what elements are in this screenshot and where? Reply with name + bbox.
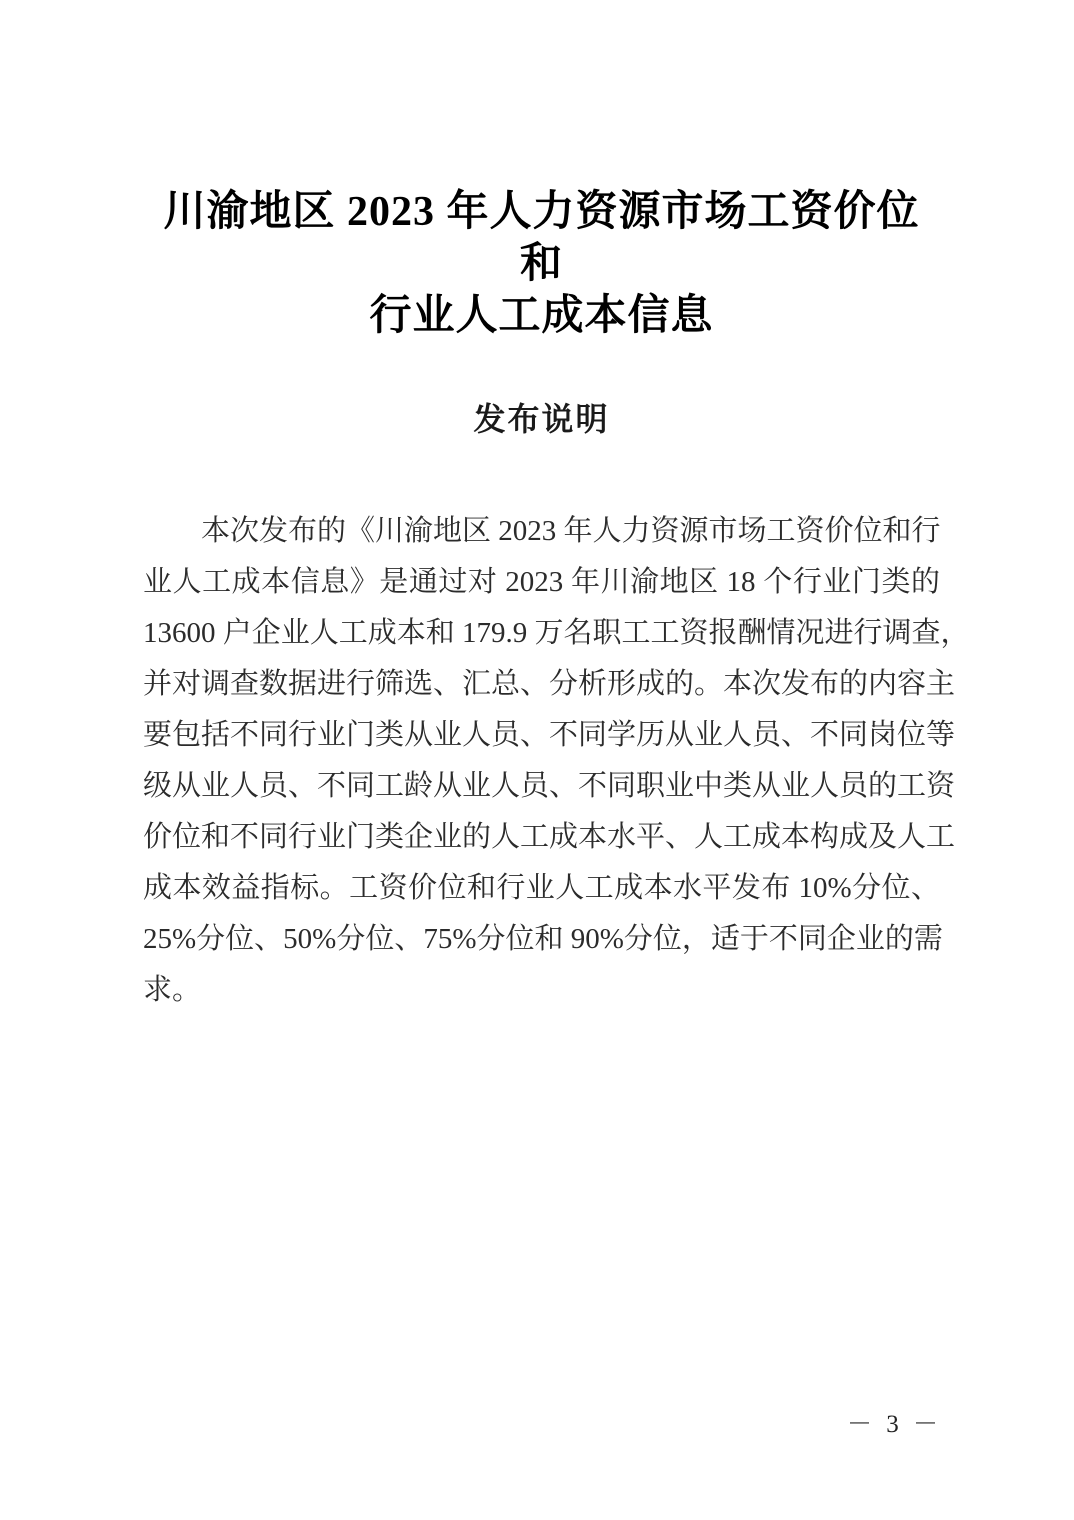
paragraph-line: 要包括不同行业门类从业人员、不同学历从业人员、不同岗位等 [143,710,940,761]
paragraph-line: 并对调查数据进行筛选、汇总、分析形成的。本次发布的内容主 [143,659,940,710]
paragraph-line: 成本效益指标。工资价位和行业人工成本水平发布 10%分位、 [143,863,940,914]
page-content: 川渝地区 2023 年人力资源市场工资价位和 行业人工成本信息 发布说明 本次发… [0,0,1074,1016]
document-title-line-1: 川渝地区 2023 年人力资源市场工资价位和 [143,186,940,290]
section-heading: 发布说明 [143,400,940,438]
page-number: － 3 － [847,1410,942,1440]
paragraph-line: 求。 [143,965,940,1016]
document-title-line-2: 行业人工成本信息 [143,290,940,342]
paragraph-line: 价位和不同行业门类企业的人工成本水平、人工成本构成及人工 [143,812,940,863]
paragraph-line: 业人工成本信息》是通过对 2023 年川渝地区 18 个行业门类的 [143,557,940,608]
document-title: 川渝地区 2023 年人力资源市场工资价位和 行业人工成本信息 [143,186,940,342]
paragraph-line: 13600 户企业人工成本和 179.9 万名职工工资报酬情况进行调查， [143,608,940,659]
paragraph-line: 本次发布的《川渝地区 2023 年人力资源市场工资价位和行 [143,506,940,557]
body-paragraph: 本次发布的《川渝地区 2023 年人力资源市场工资价位和行 业人工成本信息》是通… [143,506,940,1016]
document-page: 川渝地区 2023 年人力资源市场工资价位和 行业人工成本信息 发布说明 本次发… [0,0,1074,1520]
paragraph-line: 级从业人员、不同工龄从业人员、不同职业中类从业人员的工资 [143,761,940,812]
paragraph-line: 25%分位、50%分位、75%分位和 90%分位，适于不同企业的需 [143,914,940,965]
